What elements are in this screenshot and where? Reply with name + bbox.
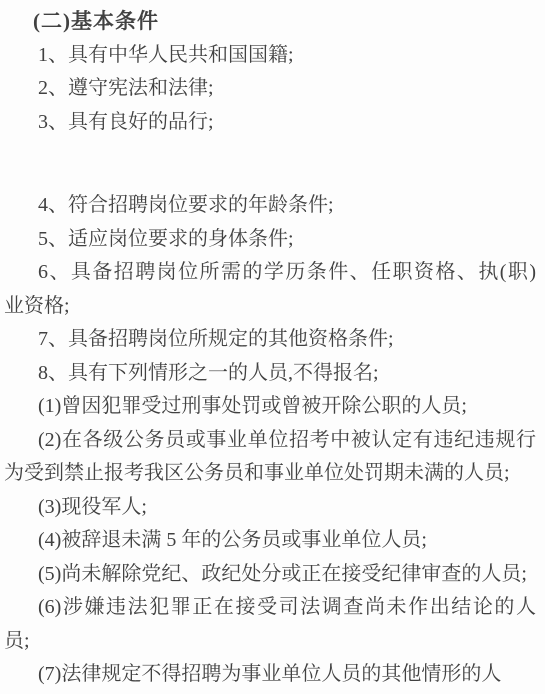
subitem-7: (7)法律规定不得招聘为事业单位人员的其他情形的人 [4,658,541,692]
item-4: 4、符合招聘岗位要求的年龄条件; [4,189,541,223]
item-7: 7、具备招聘岗位所规定的其他资格条件; [4,323,541,357]
item-6-line-1: 6、具备招聘岗位所需的学历条件、任职资格、执(职) [4,256,541,290]
item-5: 5、适应岗位要求的身体条件; [4,223,541,257]
subitem-2-line-1: (2)在各级公务员或事业单位招考中被认定有违纪违规行 [4,424,541,458]
item-1: 1、具有中华人民共和国国籍; [4,39,541,73]
item-2: 2、遵守宪法和法律; [4,72,541,106]
subitem-6-line-2: 员; [4,625,541,659]
subitem-6-line-1: (6)涉嫌违法犯罪正在接受司法调查尚未作出结论的人 [4,591,541,625]
section-heading: (二)基本条件 [4,5,541,39]
subitem-1: (1)曾因犯罪受过刑事处罚或曾被开除公职的人员; [4,390,541,424]
document-page: (二)基本条件 1、具有中华人民共和国国籍; 2、遵守宪法和法律; 3、具有良好… [0,0,545,694]
item-8: 8、具有下列情形之一的人员,不得报名; [4,357,541,391]
subitem-3: (3)现役军人; [4,491,541,525]
item-6-line-2: 业资格; [4,290,541,324]
subitem-4: (4)被辞退未满 5 年的公务员或事业单位人员; [4,524,541,558]
item-3: 3、具有良好的品行; [4,106,541,140]
subitem-2-line-2: 为受到禁止报考我区公务员和事业单位处罚期未满的人员; [4,457,541,491]
subitem-5: (5)尚未解除党纪、政纪处分或正在接受纪律审查的人员; [4,558,541,592]
